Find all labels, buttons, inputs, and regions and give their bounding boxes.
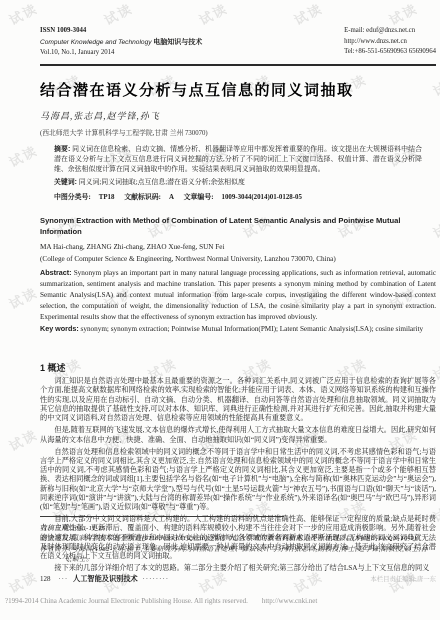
journal-website: http://www.dnzs.net.cn bbox=[344, 37, 436, 48]
keywords-en: Key words: synonym; synonym extraction; … bbox=[40, 324, 436, 335]
journal-header: ISSN 1009-3044 Computer Knowledge and Te… bbox=[40, 26, 436, 66]
copyright-text: ?1994-2014 China Academic Journal Electr… bbox=[5, 597, 248, 605]
doc-code-label: 文献标识码: bbox=[124, 194, 161, 201]
article-affiliation-en: (College of Computer Science & Engineeri… bbox=[40, 254, 436, 265]
paper-page: 试读试读试读试读试读试读试读试读试读试读试读试读试读试读试读试读试读试读试读试读… bbox=[0, 0, 440, 620]
journal-email: E-mail: eduf@dnzs.net.cn bbox=[344, 26, 436, 37]
body-paragraph: 词汇知识是自然语言处理中最基本且最重要的资源之一。各种词汇关系中,同义词被广泛应… bbox=[40, 377, 436, 423]
footnote-funding: 基金项目:国家自然科学基金项目(61163039,61163036);西北师范大… bbox=[40, 534, 436, 544]
abstract-en-text: Synonym plays an important part in many … bbox=[40, 269, 436, 320]
abstract-en-label: Abstract: bbox=[40, 268, 72, 277]
article-authors-zh: 马海昌,张志昌,赵学锋,孙飞 bbox=[40, 109, 436, 122]
article-id-label: 文章编号: bbox=[184, 194, 214, 201]
journal-header-right: E-mail: eduf@dnzs.net.cn http://www.dnzs… bbox=[344, 26, 436, 58]
page-footer: 128 ··· 人工智能及识别技术 ········ 本栏目责任编辑:唐一东 bbox=[40, 574, 436, 584]
abstract-en: Abstract: Synonym plays an important par… bbox=[40, 268, 436, 322]
footnote-divider bbox=[40, 516, 284, 517]
copyright-line: ?1994-2014 China Academic Journal Electr… bbox=[5, 597, 435, 605]
footnote-author-bio: 作者简介:马海昌(1982-),男,硕士,主要研究方向为自然语言处理、算法设计与… bbox=[40, 545, 436, 566]
body-paragraph: 自然语言处理和信息检索领域中的同义词的概念不等同于语言学中和日常生活中的同义词,… bbox=[40, 448, 436, 513]
journal-name-en: Computer Knowledge and Technology bbox=[40, 39, 152, 46]
editor-note: 本栏目责任编辑:唐一东 bbox=[370, 574, 436, 583]
page-number: 128 bbox=[40, 575, 51, 583]
article-title-en: Synonym Extraction with Method of Combin… bbox=[40, 215, 436, 238]
page-footer-left: 128 ··· 人工智能及识别技术 ········ bbox=[40, 574, 169, 584]
section-1-heading: 1 概述 bbox=[40, 361, 436, 374]
page-content: ISSN 1009-3044 Computer Knowledge and Te… bbox=[40, 26, 436, 574]
journal-header-left: ISSN 1009-3044 Computer Knowledge and Te… bbox=[40, 26, 202, 59]
article-title-zh: 结合潜在语义分析与点互信息的同义词抽取 bbox=[40, 79, 436, 100]
keywords-en-text: synonym; synonym extraction; Pointwise M… bbox=[81, 325, 424, 333]
classification-row: 中图分类号:TP18 文献标识码:A 文章编号:1009-3044(2014)0… bbox=[54, 191, 436, 201]
body-paragraph: 但是,随着互联网的飞速发展,文本信息的爆炸式增长,使得利用人工方式抽取大量文本信… bbox=[40, 426, 436, 444]
journal-name-zh: 电脑知识与技术 bbox=[153, 38, 202, 46]
footer-leader-right: ········ bbox=[142, 575, 169, 583]
keywords-zh-text: 同义词;同义词抽取;点互信息;潜在语义分析;余弦相似度 bbox=[79, 179, 245, 186]
keywords-en-label: Key words: bbox=[40, 324, 79, 333]
abstract-zh: 摘要: 同义词在信息检索、自动文摘、情感分析、机器翻译等应用中都发挥着重要的作用… bbox=[54, 145, 422, 176]
article-affiliation-zh: (西北师范大学 计算机科学与工程学院,甘肃 兰州 730070) bbox=[40, 127, 436, 137]
cnki-url: http://www.cnki.net bbox=[262, 597, 318, 605]
column-name: 人工智能及识别技术 bbox=[73, 574, 138, 583]
footnote-block: 收稿日期:2013-11-15 基金项目:国家自然科学基金项目(61163039… bbox=[40, 516, 436, 566]
doc-code-value: A bbox=[169, 194, 174, 201]
journal-telephone: Tel:+86-551-65690963 65690964 bbox=[344, 47, 436, 58]
journal-name: Computer Knowledge and Technology 电脑知识与技… bbox=[40, 37, 202, 49]
keywords-zh: 关键词: 同义词;同义词抽取;点互信息;潜在语义分析;余弦相似度 bbox=[54, 178, 422, 188]
clc-label: 中图分类号: bbox=[54, 194, 91, 201]
abstract-zh-label: 摘要: bbox=[54, 146, 70, 153]
english-block: Synonym Extraction with Method of Combin… bbox=[40, 215, 436, 335]
article-id-value: 1009-3044(2014)01-0128-05 bbox=[222, 194, 302, 201]
article-authors-en: MA Hai-chang, ZHANG Zhi-chang, ZHAO Xue-… bbox=[40, 242, 436, 253]
abstract-zh-text: 同义词在信息检索、自动文摘、情感分析、机器翻译等应用中都发挥着重要的作用。该文提… bbox=[54, 146, 422, 174]
clc-value: TP18 bbox=[99, 194, 115, 201]
keywords-zh-label: 关键词: bbox=[54, 179, 77, 186]
body-paragraph: 接下来的几部分详细介绍了本文的思路。第二部分主要介绍了相关研究;第三部分给出了结… bbox=[40, 564, 436, 573]
journal-issn: ISSN 1009-3044 bbox=[40, 26, 202, 37]
footer-leader-left: ··· bbox=[58, 575, 68, 583]
journal-volume-info: Vol.10, No.1, January 2014 bbox=[40, 48, 202, 59]
footnote-received-date: 收稿日期:2013-11-15 bbox=[40, 524, 436, 534]
